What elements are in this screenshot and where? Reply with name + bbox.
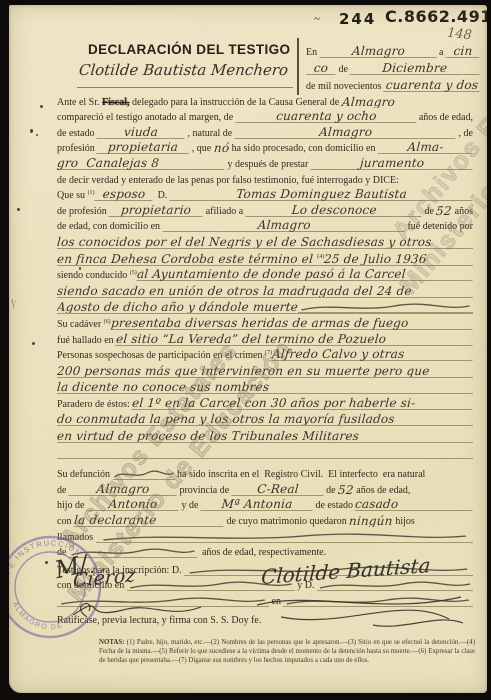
printed-text: , que [189, 144, 213, 154]
printed-text: ha sido inscrita en el Registro Civil. E… [175, 470, 426, 480]
handwritten-entry: 52 [338, 484, 355, 496]
header-divider-line [297, 38, 299, 95]
handwritten-entry: Mª Antonia [200, 498, 313, 511]
printed-text: fué hallado en [57, 336, 116, 346]
handwritten-entry: en virtud de proceso de los Tribunales M… [57, 430, 360, 442]
ink-speck [32, 342, 35, 345]
handwritten-entry: esposo [94, 188, 153, 201]
handwritten-entry: do conmutada la pena y los otros la mayo… [57, 413, 395, 425]
printed-text: D. [153, 191, 170, 201]
form-line: siendo sacado en unión de otros la madru… [57, 281, 473, 298]
printed-text: y después de prestar [225, 160, 311, 170]
form-line: hijo de Antonio y de Mª Antonia de estad… [57, 496, 473, 512]
form-line: gro Canalejas 8 y después de prestar jur… [57, 154, 473, 170]
handwritten-entry: la dicente no conoce sus nombres [57, 381, 270, 393]
handwritten-entry: nó [213, 142, 229, 154]
handwritten-entry: 200 personas más que intervinieron en su… [57, 365, 430, 377]
printed-text: años [452, 207, 473, 217]
printed-text: de [324, 486, 338, 496]
handwritten-entry: Almagro [162, 219, 406, 232]
printed-text: hijos [393, 517, 415, 527]
form-title: DECLARACIÓN DEL TESTIGO [88, 42, 290, 57]
printed-text: ha sido procesado, con domicilio en [229, 144, 378, 154]
form-line: los conocidos por el del Negris y el de … [57, 232, 473, 249]
printed-text: Fiscal, [102, 98, 130, 108]
form-line: con la declarante de cuyo matrimonio que… [57, 511, 473, 527]
printed-text: de decir verdad y enterado de las penas … [57, 176, 399, 186]
handwritten-entry: viuda [96, 126, 185, 139]
printed-text: compareció el testigo anotado al margen,… [57, 113, 236, 123]
printed-text: años de edad, [416, 113, 473, 123]
form-line: de profesión propietario afiliado a Lo d… [57, 201, 473, 217]
signature-flourish [67, 595, 207, 623]
handwritten-entry: C-Real [231, 483, 324, 496]
blank-line [57, 443, 473, 459]
handwritten-entry: los conocidos por el del Negris y el de … [57, 236, 432, 248]
stamped-number: 244 [339, 10, 376, 28]
form-line: Agosto de dicho año y dándole muerte [57, 298, 473, 315]
printed-text: de profesión [57, 207, 109, 217]
printed-text: de cuyo matrimonio quedaron [224, 517, 349, 527]
name-underline [77, 87, 293, 88]
printed-text: profesión [57, 144, 97, 154]
handwritten-entry: al Ayuntamiento de donde pasó á la Carce… [136, 268, 473, 281]
handwritten-entry: siendo sacado en unión de otros la madru… [57, 285, 412, 297]
handwritten-entry: Antonio [86, 498, 179, 511]
printed-text: años de edad, [354, 486, 411, 496]
handwritten-entry: el sitio “La Vereda” del termino de Pozu… [116, 333, 473, 346]
handwritten-entry: Alfredo Calvo y otras [271, 348, 473, 361]
form-line: de decir verdad y enterado de las penas … [57, 170, 473, 186]
handwritten-entry: Almagro [68, 483, 177, 496]
printed-text: Que su [57, 191, 88, 201]
form-line: 200 personas más que intervinieron en su… [57, 361, 473, 378]
date-line: de mil novecientos cuarenta y dos [306, 75, 480, 92]
handwritten-entry: casado [355, 498, 473, 511]
printed-text: hijo de [57, 501, 87, 511]
handwritten-entry: Alma- [377, 141, 473, 154]
ink-speck [79, 267, 81, 270]
handwritten-entry: propietario [109, 204, 204, 217]
form-footnotes: NOTAS: (1) Padre, hijo, marido, etc.—(2)… [99, 639, 475, 666]
handwritten-entry: 25 de Julio 1936 [324, 253, 428, 265]
form-line: Su cadáver (6)presentaba diversas herida… [57, 314, 473, 330]
form-line: profesión propietaria , que nó ha sido p… [57, 139, 473, 155]
printed-text: de estado [313, 501, 356, 511]
printed-text: delegado para la instrucción de la Causa… [130, 98, 342, 108]
handwritten-entry: gro Canalejas 8 [57, 157, 226, 170]
form-line: de Almagro provincia de C-Real de 52 año… [57, 480, 473, 496]
notes-text: (1) Padre, hijo, marido, etc.—(2) Nombre… [99, 639, 475, 664]
handwritten-entry: Almagro [234, 126, 456, 139]
handwritten-entry: Lo desconoce [245, 204, 422, 217]
handwritten-entry: Agosto de dicho año y dándole muerte [57, 301, 299, 313]
printed-text: siendo conducido [57, 271, 130, 281]
form-line: la dicente no conoce sus nombres [57, 378, 473, 395]
printed-text: , de [456, 129, 473, 139]
printed-text: provincia de [177, 486, 232, 496]
handwritten-entry: cuarenta y ocho [235, 110, 417, 123]
signature-flourish [253, 589, 467, 633]
printed-text: Su defunción [57, 470, 113, 480]
stamped-reference-code: C.8662.491 [385, 7, 487, 26]
printed-text: afiliado a [203, 207, 245, 217]
form-line: do conmutada la pena y los otros la mayo… [57, 410, 473, 427]
pen-strike [113, 467, 175, 480]
form-line: Ante el Sr. Fiscal, delegado para la ins… [57, 92, 473, 108]
form-line: siendo conducido (5)al Ayuntamiento de d… [57, 266, 473, 282]
form-body: Ante el Sr. Fiscal, delegado para la ins… [57, 92, 473, 626]
date-line: co de Diciembre [306, 58, 480, 75]
ink-speck [36, 134, 38, 136]
date-line: En Almagro a cin [306, 41, 480, 58]
handwritten-entry: Almagro [319, 45, 437, 58]
handwritten-entry: Almagro [341, 96, 395, 108]
printed-text: de [422, 207, 436, 217]
printed-text: , natural de [185, 129, 235, 139]
handwritten-entry: ningún [349, 515, 394, 527]
form-line: Paradero de éstos: el 1º en la Carcel co… [57, 394, 473, 410]
ink-mark: ~ [314, 13, 322, 25]
printed-text: de edad, con domicilio en [57, 222, 163, 232]
handwritten-entry: juramento [310, 157, 473, 170]
handwritten-entry: Tomas Dominguez Bautista [169, 188, 473, 201]
handwritten-entry: Diciembre [350, 62, 480, 75]
form-line: Personas sospechosas de participación en… [57, 346, 473, 362]
form-line: en virtud de proceso de los Tribunales M… [57, 426, 473, 443]
pen-strike [298, 300, 473, 313]
form-line: fué hallado en el sitio “La Vereda” del … [57, 330, 473, 346]
handwritten-entry: propietaria [97, 141, 190, 154]
witness-name-handwritten: Clotilde Bautista Menchero [78, 61, 289, 79]
printed-text: años de edad, respectivamente. [197, 548, 326, 558]
printed-text: Su cadáver [57, 320, 104, 330]
printed-text: En [306, 48, 320, 58]
printed-text: Personas sospechosas de participación en… [57, 351, 265, 361]
date-block: En Almagro a cin co de Diciembre de mil … [306, 41, 480, 92]
printed-text: de mil novecientos [306, 82, 384, 92]
handwritten-entry: 52 [436, 205, 453, 217]
handwritten-entry: cuarenta y dos [383, 79, 480, 92]
printed-text: de [336, 65, 350, 75]
ink-speck [45, 561, 48, 564]
printed-text: fué detenido por [405, 222, 473, 232]
form-line: Que su (1)esposo D. Tomas Dominguez Baut… [57, 186, 473, 202]
document-page: ~ 244 C.8662.491 148 DECLARACIÓN DEL TES… [9, 5, 487, 693]
handwritten-entry: presentaba diversas heridas de armas de … [110, 317, 473, 330]
printed-text: Paradero de éstos: [57, 400, 132, 410]
form-line: de estado viuda , natural de Almagro , d… [57, 123, 473, 139]
printed-text: de [57, 486, 69, 496]
pen-strike [96, 530, 473, 543]
form-line: Su defunción ha sido inscrita en el Regi… [57, 465, 473, 481]
form-line: compareció el testigo anotado al margen,… [57, 108, 473, 124]
printed-text: Ante el Sr. [57, 98, 102, 108]
form-line [57, 443, 473, 459]
printed-text: y de [179, 501, 201, 511]
ink-speck [40, 105, 43, 108]
form-line: en finca Dehesa Cordoba este término el … [57, 249, 473, 266]
ink-speck [17, 208, 20, 211]
handwritten-entry: co [306, 62, 337, 75]
scanned-document: { "page": { "code_number": "244", "code_… [0, 0, 491, 700]
handwritten-entry: el 1º en la Carcel con 30 años por haber… [132, 397, 473, 410]
handwritten-entry: cin [445, 45, 480, 58]
form-line: de edad, con domicilio en Almagro fué de… [57, 217, 473, 233]
notes-label: NOTAS: [99, 639, 125, 646]
form-line: llamados [57, 527, 473, 543]
handwritten-entry: en finca Dehesa Cordoba este término el [57, 253, 318, 265]
printed-text: de estado [57, 129, 97, 139]
ink-speck [30, 129, 33, 133]
pencil-mark: ʃ· [9, 296, 18, 307]
